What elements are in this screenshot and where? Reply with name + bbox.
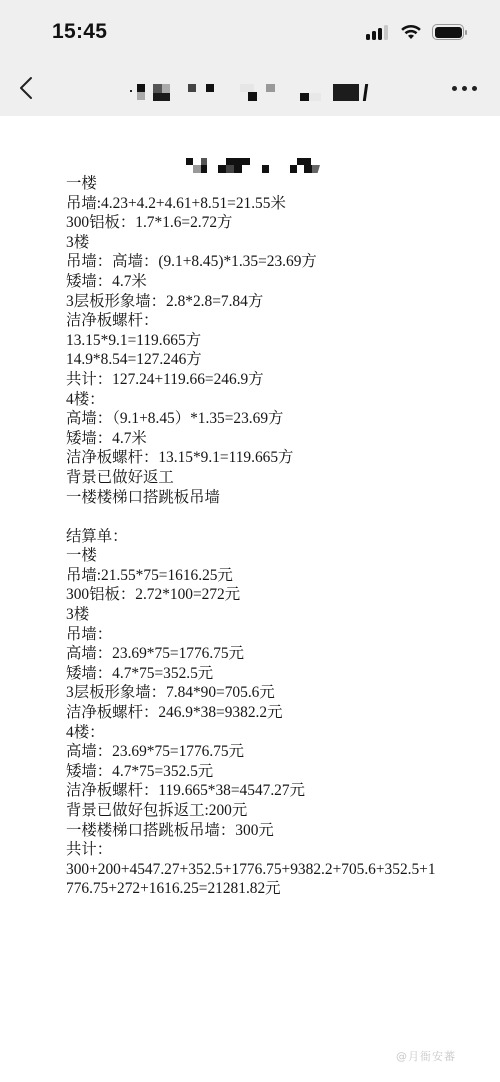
doc-blank-line [66,507,486,527]
doc-line: 矮墙：4.7*75=352.5元 [66,762,486,782]
doc-line: 4楼： [66,723,486,743]
doc-line: 背景已做好包拆返工:200元 [66,801,486,821]
doc-line: 洁净板螺杆：13.15*9.1=119.665方 [66,448,486,468]
more-options-button[interactable] [450,76,480,100]
doc-line: 吊墙： [66,625,486,645]
doc-line: 3层板形象墙：7.84*90=705.6元 [66,683,486,703]
status-bar: 15:45 [0,0,500,60]
doc-line: 高墙：（9.1+8.45）*1.35=23.69方 [66,409,486,429]
doc-line: 高墙：23.69*75=1776.75元 [66,742,486,762]
doc-line: 一楼 [66,546,486,566]
doc-line: 矮墙：4.7米 [66,272,486,292]
doc-line: 一楼楼梯口搭跳板吊墙：300元 [66,821,486,841]
doc-line: 吊墙:4.23+4.2+4.61+8.51=21.55米 [66,194,486,214]
doc-line: 矮墙：4.7*75=352.5元 [66,664,486,684]
doc-line: 300+200+4547.27+352.5+1776.75+9382.2+705… [66,860,486,880]
doc-line: 3楼 [66,233,486,253]
doc-line: 3楼 [66,605,486,625]
doc-line: 矮墙：4.7米 [66,429,486,449]
doc-line: 共计： [66,840,486,860]
doc-line: 背景已做好返工 [66,468,486,488]
cellular-signal-icon [366,25,392,41]
doc-line: 洁净板螺杆：119.665*38=4547.27元 [66,781,486,801]
watermark: @月衙安蕃 [396,1048,456,1064]
doc-line: 300铝板：2.72*100=272元 [66,585,486,605]
battery-icon [432,24,464,40]
document-content: 一楼 吊墙:4.23+4.2+4.61+8.51=21.55米 300铝板：1.… [66,174,486,899]
nav-title-censored [128,78,378,100]
doc-line: 吊墙：高墙：(9.1+8.45)*1.35=23.69方 [66,252,486,272]
doc-line: 4楼： [66,390,486,410]
doc-line: 共计：127.24+119.66=246.9方 [66,370,486,390]
doc-line: 3层板形象墙：2.8*2.8=7.84方 [66,292,486,312]
doc-line: 一楼楼梯口搭跳板吊墙 [66,488,486,508]
doc-line: 300铝板：1.7*1.6=2.72方 [66,213,486,233]
app-header: 15:45 [0,0,500,116]
doc-line: 776.75+272+1616.25=21281.82元 [66,879,486,899]
doc-line: 14.9*8.54=127.246方 [66,350,486,370]
wifi-icon [400,24,422,40]
navigation-bar [0,60,500,116]
doc-line: 洁净板螺杆： [66,311,486,331]
doc-line: 高墙：23.69*75=1776.75元 [66,644,486,664]
doc-line: 一楼 [66,174,486,194]
doc-line: 结算单： [66,527,486,547]
status-time: 15:45 [52,20,107,44]
document-body: 一楼 吊墙:4.23+4.2+4.61+8.51=21.55米 300铝板：1.… [0,116,500,1082]
doc-line: 吊墙:21.55*75=1616.25元 [66,566,486,586]
chevron-left-icon [14,72,42,104]
doc-line: 洁净板螺杆：246.9*38=9382.2元 [66,703,486,723]
back-button[interactable] [14,72,42,104]
doc-line: 13.15*9.1=119.665方 [66,331,486,351]
